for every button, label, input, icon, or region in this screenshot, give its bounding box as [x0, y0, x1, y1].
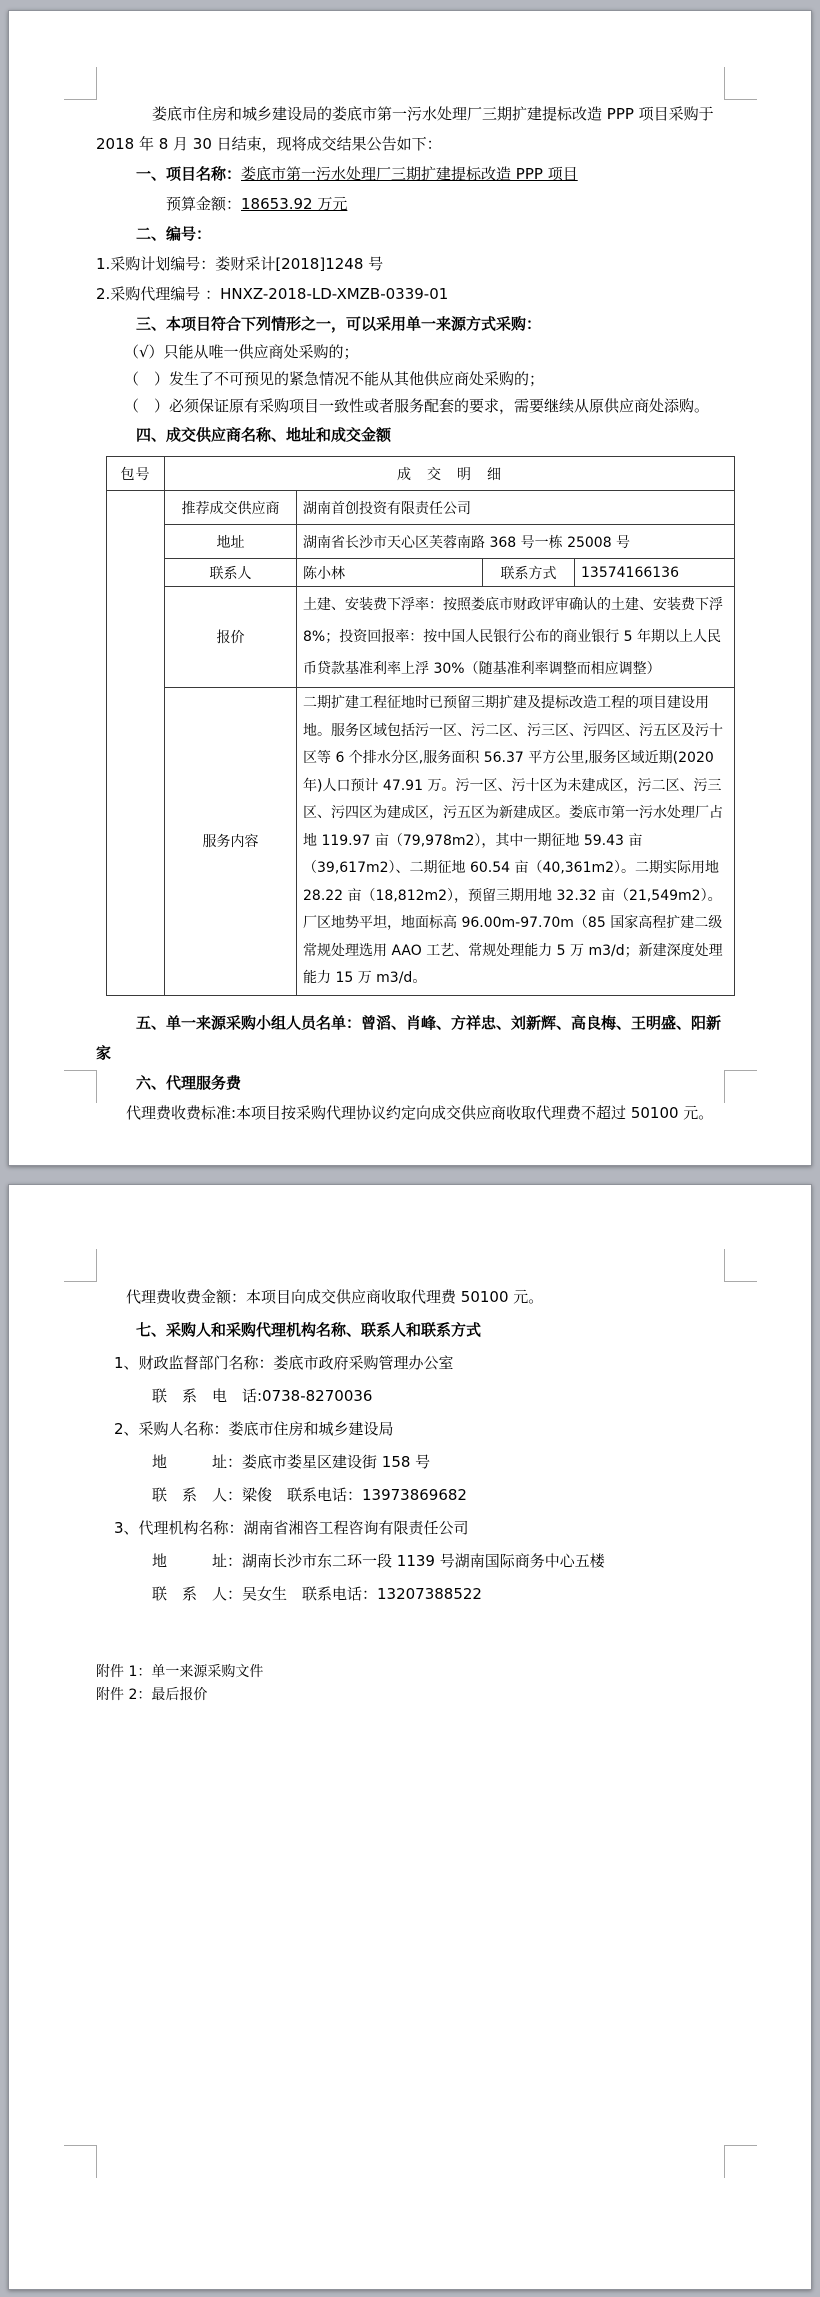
- margin-mark-top-right: [724, 1249, 757, 1282]
- margin-mark-bottom-right: [724, 1070, 757, 1103]
- attachment-1: 附件 1：单一来源采购文件: [96, 1661, 725, 1684]
- agency-number-line: 2.采购代理编号 ：HNXZ-2018-LD-XMZB-0339-01: [96, 279, 725, 309]
- purchaser-address: 地 址：娄底市娄星区建设街 158 号: [96, 1446, 725, 1479]
- contact-method-label-cell: 联系方式: [483, 559, 575, 587]
- address-value-cell: 湖南省长沙市天心区芙蓉南路 368 号一栋 25008 号: [297, 525, 735, 559]
- purchaser-name-line: 2、采购人名称：娄底市住房和城乡建设局: [96, 1413, 725, 1446]
- agency-address: 地 址：湖南长沙市东二环一段 1139 号湖南国际商务中心五楼: [96, 1545, 725, 1578]
- section-6-title: 六、代理服务费: [96, 1068, 725, 1098]
- plan-number-line: 1.采购计划编号：娄财采计[2018]1248 号: [96, 249, 725, 279]
- service-value-cell: 二期扩建工程征地时已预留三期扩建及提标改造工程的项目建设用地。服务区域包括污一区…: [297, 688, 735, 996]
- section-3-title: 三、本项目符合下列情形之一，可以采用单一来源方式采购：: [96, 309, 725, 339]
- section-4-title: 四、成交供应商名称、地址和成交金额: [96, 420, 725, 450]
- project-name-value: 娄底市第一污水处理厂三期扩建提标改造 PPP 项目: [241, 165, 578, 183]
- margin-mark-top-right: [724, 67, 757, 100]
- section-2-title: 二、编号：: [96, 219, 725, 249]
- page-1: 娄底市住房和城乡建设局的娄底市第一污水处理厂三期扩建提标改造 PPP 项目采购于…: [8, 10, 812, 1166]
- margin-mark-top-left: [64, 67, 97, 100]
- project-name-label: 一、项目名称：: [136, 165, 241, 183]
- quote-value-cell: 土建、安装费下浮率：按照娄底市财政评审确认的土建、安装费下浮 8%；投资回报率：…: [297, 587, 735, 688]
- document-canvas: 娄底市住房和城乡建设局的娄底市第一污水处理厂三期扩建提标改造 PPP 项目采购于…: [0, 0, 820, 2290]
- agency-contact: 联 系 人：吴女生 联系电话：13207388522: [96, 1578, 725, 1611]
- quote-label-cell: 报价: [165, 587, 297, 688]
- agency-fee-standard-line: 代理费收费标准:本项目按采购代理协议约定向成交供应商收取代理费不超过 50100…: [96, 1098, 725, 1128]
- deal-details-table: 包号 成 交 明 细 推荐成交供应商 湖南首创投资有限责任公司 地址 湖南省长沙…: [106, 456, 735, 996]
- budget-label: 预算金额：: [166, 195, 241, 213]
- contact-label-cell: 联系人: [165, 559, 297, 587]
- contact-method-value-cell: 13574166136: [575, 559, 735, 587]
- budget-value: 18653.92 万元: [241, 195, 347, 213]
- margin-mark-bottom-right: [724, 2145, 757, 2178]
- attachments-block: 附件 1：单一来源采购文件 附件 2：最后报价: [96, 1661, 725, 1707]
- section-5-panel-members: 五、单一来源采购小组人员名单：曾滔、肖峰、方祥忠、刘新辉、高良梅、王明盛、阳新家: [96, 1008, 725, 1068]
- address-label-cell: 地址: [165, 525, 297, 559]
- service-label-cell: 服务内容: [165, 688, 297, 996]
- agency-fee-amount-line: 代理费收费金额：本项目向成交供应商收取代理费 50100 元。: [96, 1281, 725, 1314]
- contact-value-cell: 陈小林: [297, 559, 483, 587]
- section-1-project-name: 一、项目名称：娄底市第一污水处理厂三期扩建提标改造 PPP 项目: [96, 159, 725, 189]
- finance-dept-phone: 联 系 电 话:0738-8270036: [96, 1380, 725, 1413]
- option-consistency: （ ）必须保证原有采购项目一致性或者服务配套的要求，需要继续从原供应商处添购。: [96, 393, 725, 420]
- option-sole-supplier: （√）只能从唯一供应商处采购的；: [96, 339, 725, 366]
- budget-line: 预算金额：18653.92 万元: [96, 189, 725, 219]
- purchaser-contact: 联 系 人：梁俊 联系电话：13973869682: [96, 1479, 725, 1512]
- section-7-title: 七、采购人和采购代理机构名称、联系人和联系方式: [96, 1314, 725, 1347]
- intro-paragraph: 娄底市住房和城乡建设局的娄底市第一污水处理厂三期扩建提标改造 PPP 项目采购于…: [96, 99, 725, 159]
- supplier-value-cell: 湖南首创投资有限责任公司: [297, 491, 735, 525]
- package-number-cell: [107, 491, 165, 996]
- margin-mark-bottom-left: [64, 2145, 97, 2178]
- header-deal-detail: 成 交 明 细: [165, 457, 735, 491]
- finance-dept-line: 1、财政监督部门名称：娄底市政府采购管理办公室: [96, 1347, 725, 1380]
- agency-name-line: 3、代理机构名称：湖南省湘咨工程咨询有限责任公司: [96, 1512, 725, 1545]
- margin-mark-top-left: [64, 1249, 97, 1282]
- margin-mark-bottom-left: [64, 1070, 97, 1103]
- page-2: 代理费收费金额：本项目向成交供应商收取代理费 50100 元。 七、采购人和采购…: [8, 1184, 812, 2290]
- supplier-label-cell: 推荐成交供应商: [165, 491, 297, 525]
- attachment-2: 附件 2：最后报价: [96, 1684, 725, 1707]
- option-emergency: （ ）发生了不可预见的紧急情况不能从其他供应商处采购的；: [96, 366, 725, 393]
- header-package-number: 包号: [107, 457, 165, 491]
